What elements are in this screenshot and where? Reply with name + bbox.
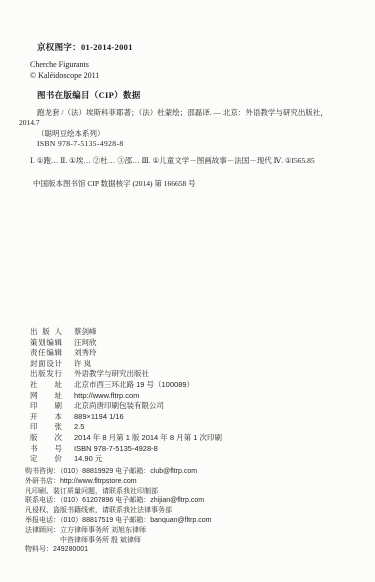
publication-label: 出版人 [30,327,62,338]
publication-value: 蔡剑峰 [74,327,97,338]
publication-value: 外语教学与研究出版社 [74,369,149,380]
publication-row: 印张2.5 [30,422,222,433]
publication-label: 责任编辑 [30,348,62,359]
cip-heading: 图书在版编目（CIP）数据 [37,89,141,101]
publication-row: 书号ISBN 978-7-5135-4928-8 [30,444,222,455]
publication-row: 印刷北京尚唐印刷包装有限公司 [30,401,222,412]
publication-row: 封面设计许 岚 [30,359,222,370]
publication-value: 2.5 [74,422,84,433]
contact-line: 举报电话：（010）88817519 电子邮箱：banquan@fltrp.co… [25,516,211,526]
publication-label: 社址 [30,380,62,391]
publication-value: ISBN 978-7-5135-4928-8 [74,444,158,455]
publication-label: 网址 [30,391,62,402]
publication-value: 许 岚 [74,359,91,370]
copyright-registration-number: 京权图字：01-2014-2001 [37,41,133,53]
contact-line: 中咨律师事务所 殷 斌律师 [25,536,211,546]
publication-row: 出版发行外语教学与研究出版社 [30,369,222,380]
contact-line: 购书咨询：（010）88819929 电子邮箱：club@fltrp.com [25,467,211,477]
publication-value: 889×1194 1/16 [74,412,124,423]
contact-info: 购书咨询：（010）88819929 电子邮箱：club@fltrp.com外研… [25,467,211,555]
cip-entry-line-1: 跑龙套 /（法）埃斯科菲耶著；（法）杜蒙绘；邵磊译. — 北京：外语教学与研究出… [37,107,328,118]
publication-label: 封面设计 [30,359,62,370]
cip-isbn-line: ISBN 978-7-5135-4928-8 [37,139,124,148]
cip-entry-line-2: 2014.7 [19,118,40,127]
publication-row: 社址北京市西三环北路 19 号（100089） [30,380,222,391]
cip-classification-line: Ⅰ. ①跑… Ⅱ. ①埃… ②杜… ③邵… Ⅲ. ①儿童文学－图画故事－法国－现… [30,155,315,166]
publication-row: 责任编辑刘秀玲 [30,348,222,359]
publication-row: 策划编辑汪珂欣 [30,338,222,349]
publication-row: 网址http://www.fltrp.com [30,391,222,402]
contact-line: 法律顾问：立方律师事务所 刘旭东律师 [25,526,211,536]
publication-row: 出版人蔡剑峰 [30,327,222,338]
publication-value: 汪珂欣 [74,338,97,349]
contact-line: 凡印刷、装订质量问题，请联系我社印制部 [25,487,211,497]
publication-value: 2014 年 8 月第 1 版 2014 年 8 月第 1 次印刷 [74,433,222,444]
publication-value: 14.90 元 [74,454,102,465]
publication-value: 北京尚唐印刷包装有限公司 [74,401,164,412]
contact-line: 联系电话：（010）61207896 电子邮箱：zhijian@fltrp.co… [25,496,211,506]
publication-row: 定价14.90 元 [30,454,222,465]
contact-line: 物料号：249280001 [25,545,211,555]
publication-value: 北京市西三环北路 19 号（100089） [74,380,194,391]
publication-info: 出版人蔡剑峰策划编辑汪珂欣责任编辑刘秀玲封面设计许 岚出版发行外语教学与研究出版… [30,327,222,465]
publication-label: 策划编辑 [30,338,62,349]
cip-series-line: （聪明豆绘本系列） [37,128,105,139]
publication-label: 印张 [30,422,62,433]
publication-label: 印刷 [30,401,62,412]
publication-value: http://www.fltrp.com [74,391,139,402]
publication-label: 书号 [30,444,62,455]
publication-label: 定价 [30,454,62,465]
publication-row: 版次2014 年 8 月第 1 版 2014 年 8 月第 1 次印刷 [30,433,222,444]
publication-label: 出版发行 [30,369,62,380]
publication-row: 开本889×1194 1/16 [30,412,222,423]
original-title: Cherche Figurants [30,60,89,69]
publication-value: 刘秀玲 [74,348,97,359]
publication-label: 版次 [30,433,62,444]
publication-label: 开本 [30,412,62,423]
colophon-page: 京权图字：01-2014-2001 Cherche Figurants © Ka… [0,0,375,582]
original-copyright: © Kaléidoscope 2011 [30,71,99,80]
contact-line: 外研书店：http://www.fltrpstore.com [25,477,211,487]
cip-record-number-line: 中国版本图书馆 CIP 数据核字 (2014) 第 166658 号 [33,178,196,189]
contact-line: 凡侵权、盗版书籍线索，请联系我社法律事务部 [25,506,211,516]
